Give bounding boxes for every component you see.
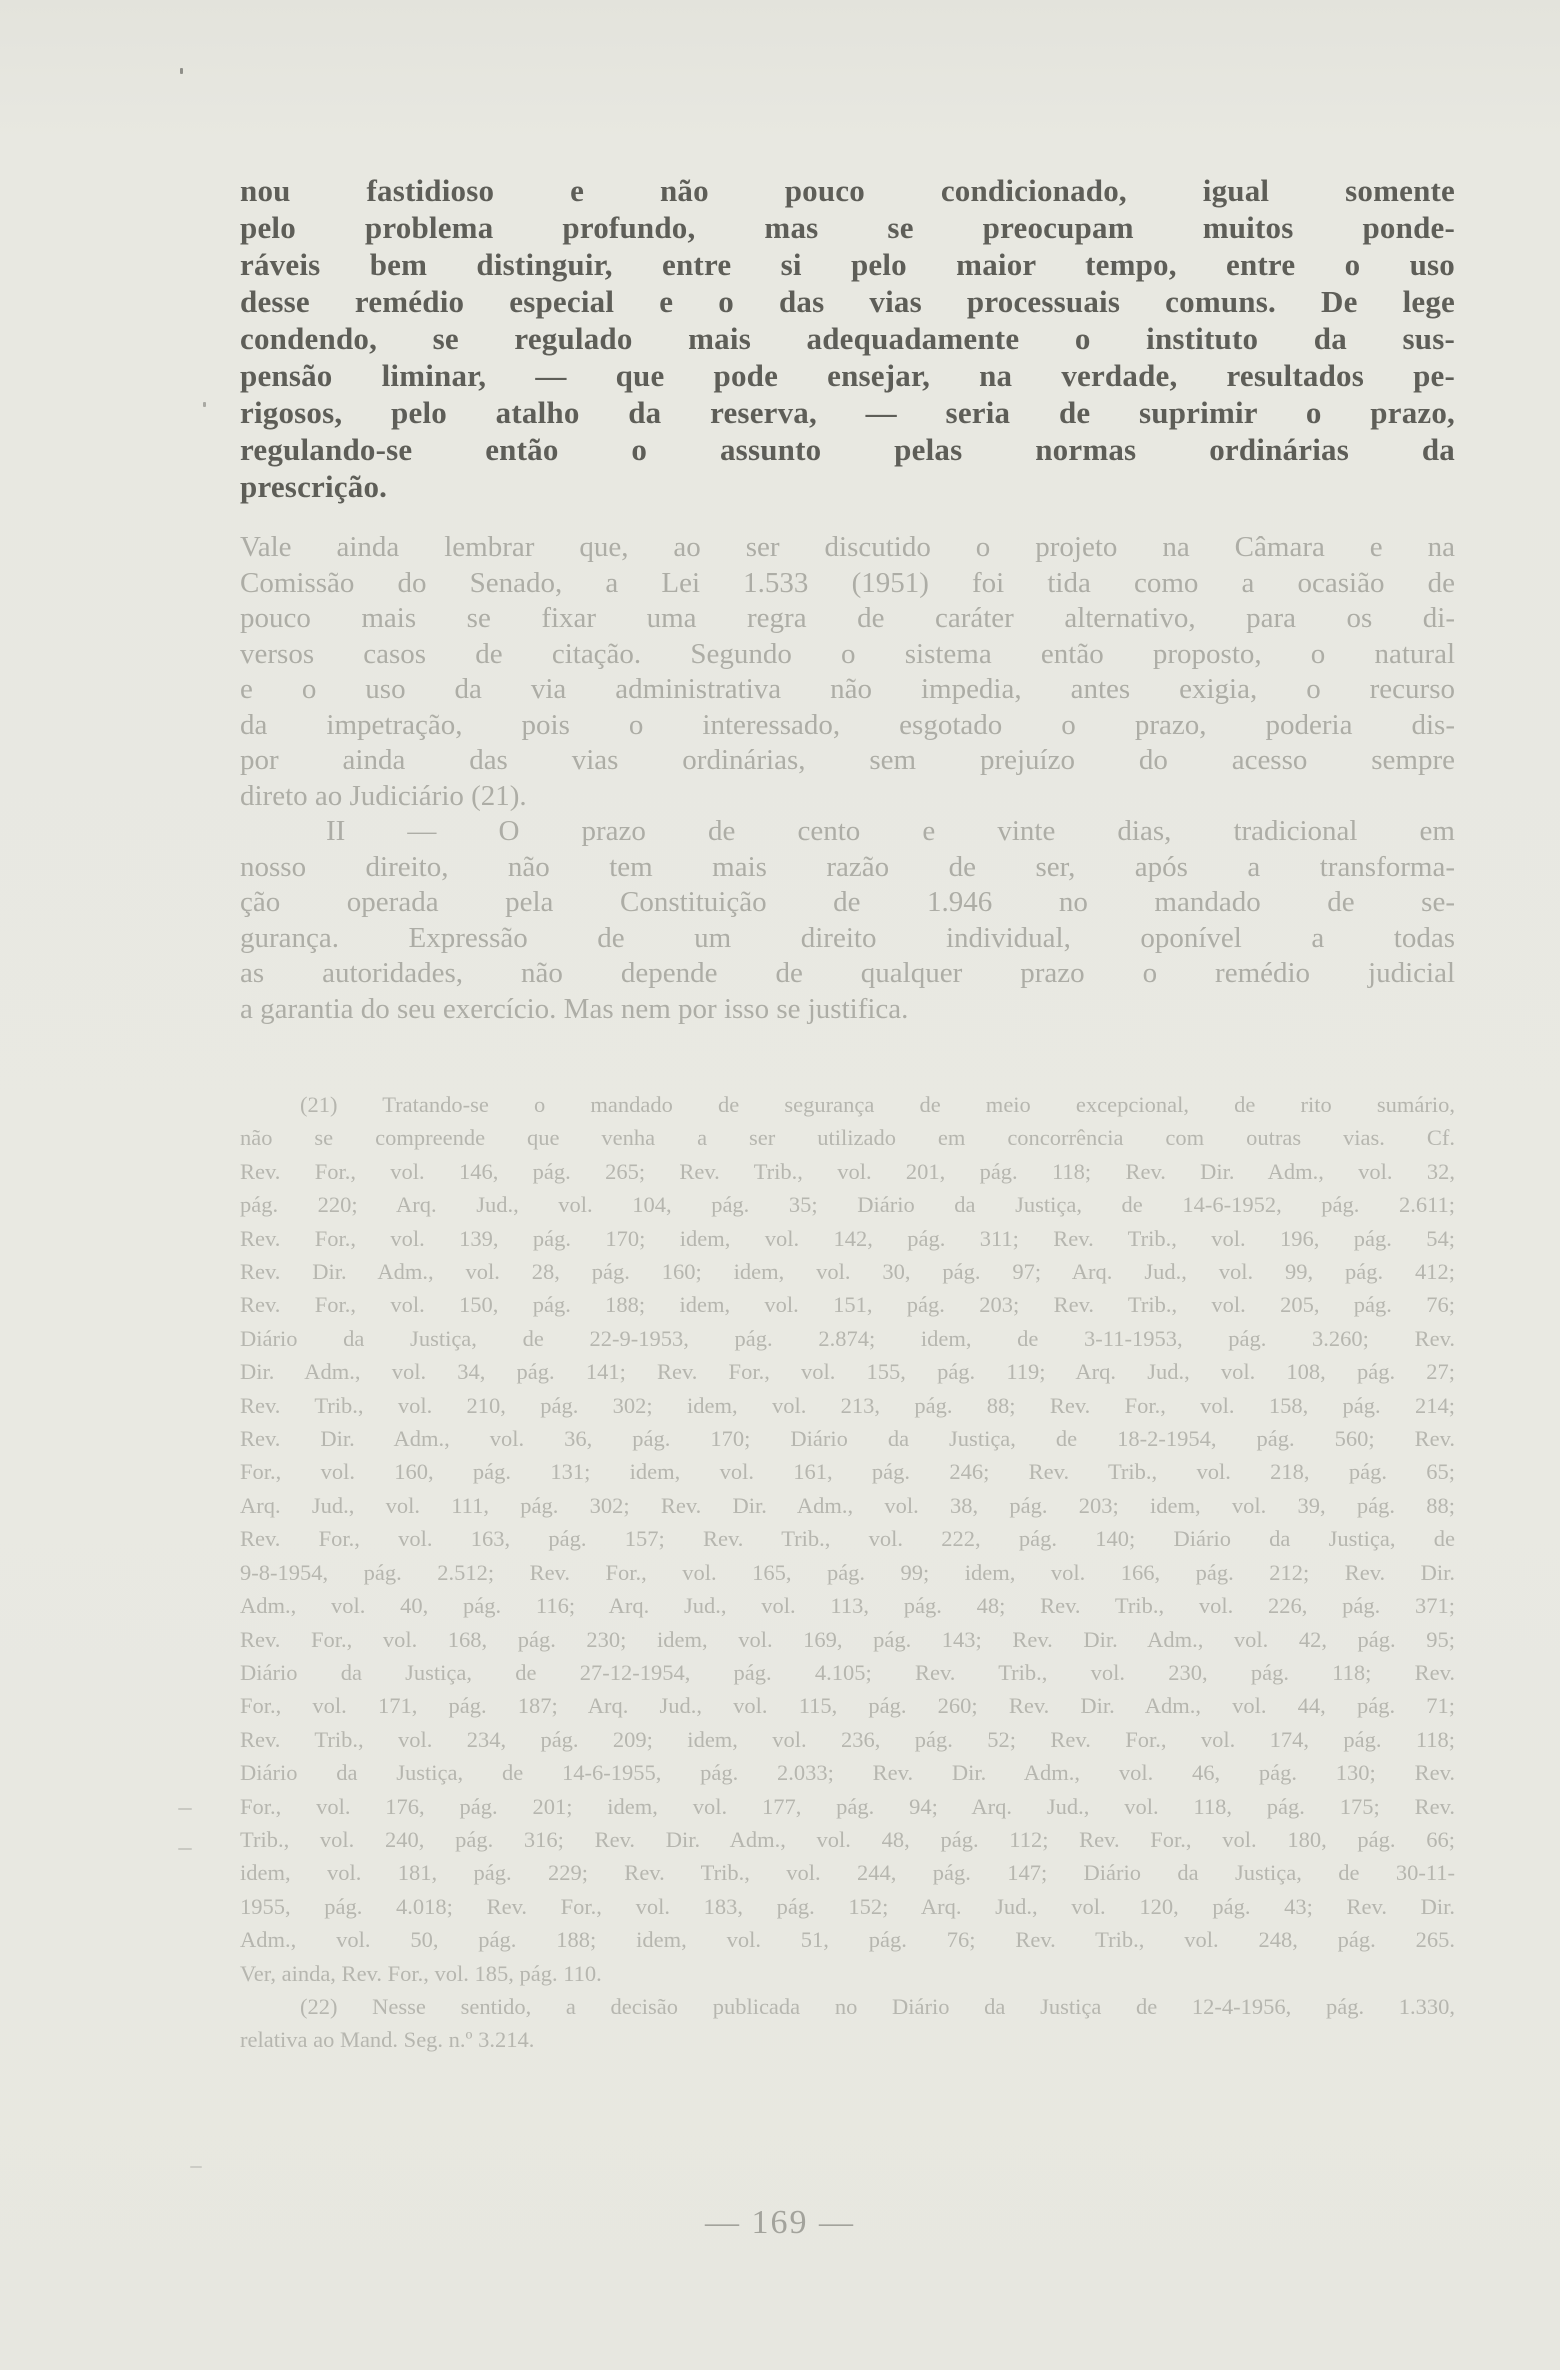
text-line: direto ao Judiciário (21).	[240, 779, 1455, 815]
text-line: relativa ao Mand. Seg. n.º 3.214.	[240, 2023, 1455, 2056]
text-line: II — O prazo de cento e vinte dias, trad…	[240, 814, 1455, 850]
text-line: não se compreende que venha a ser utiliz…	[240, 1121, 1455, 1154]
text-line: Vale ainda lembrar que, ao ser discutido…	[240, 530, 1455, 566]
footnotes: (21) Tratando-se o mandado de segurança …	[240, 1088, 1455, 2057]
text-line: Rev. Dir. Adm., vol. 28, pág. 160; idem,…	[240, 1255, 1455, 1288]
text-line: Dir. Adm., vol. 34, pág. 141; Rev. For.,…	[240, 1355, 1455, 1388]
paragraph: (22) Nesse sentido, a decisão publicada …	[240, 1990, 1455, 2057]
text-line: condendo, se regulado mais adequadamente…	[240, 320, 1455, 357]
text-line: versos casos de citação. Segundo o siste…	[240, 637, 1455, 673]
text-line: desse remédio especial e o das vias proc…	[240, 283, 1455, 320]
text-line: Rev. For., vol. 168, pág. 230; idem, vol…	[240, 1623, 1455, 1656]
paragraph: (21) Tratando-se o mandado de segurança …	[240, 1088, 1455, 1990]
text-line: Diário da Justiça, de 22-9-1953, pág. 2.…	[240, 1322, 1455, 1355]
text-line: Comissão do Senado, a Lei 1.533 (1951) f…	[240, 566, 1455, 602]
text-line: Arq. Jud., vol. 111, pág. 302; Rev. Dir.…	[240, 1489, 1455, 1522]
scan-speck	[203, 402, 206, 407]
text-line: Rev. Dir. Adm., vol. 36, pág. 170; Diári…	[240, 1422, 1455, 1455]
text-line: ção operada pela Constituição de 1.946 n…	[240, 885, 1455, 921]
scan-speck	[180, 68, 183, 74]
text-line: as autoridades, não depende de qualquer …	[240, 956, 1455, 992]
paragraph: II — O prazo de cento e vinte dias, trad…	[240, 814, 1455, 1027]
text-line: Rev. For., vol. 139, pág. 170; idem, vol…	[240, 1222, 1455, 1255]
text-line: 9-8-1954, pág. 2.512; Rev. For., vol. 16…	[240, 1556, 1455, 1589]
text-line: For., vol. 176, pág. 201; idem, vol. 177…	[240, 1790, 1455, 1823]
text-line: prescrição.	[240, 468, 1455, 505]
text-line: ráveis bem distinguir, entre si pelo mai…	[240, 246, 1455, 283]
margin-mark	[178, 1808, 192, 1810]
text-line: idem, vol. 181, pág. 229; Rev. Trib., vo…	[240, 1856, 1455, 1889]
text-line: Adm., vol. 40, pág. 116; Arq. Jud., vol.…	[240, 1589, 1455, 1622]
text-line: a garantia do seu exercício. Mas nem por…	[240, 992, 1455, 1028]
text-line: regulando-se então o assunto pelas norma…	[240, 431, 1455, 468]
text-line: 1955, pág. 4.018; Rev. For., vol. 183, p…	[240, 1890, 1455, 1923]
continued-paragraph: nou fastidioso e não pouco condicionado,…	[240, 172, 1455, 505]
text-line: Rev. For., vol. 163, pág. 157; Rev. Trib…	[240, 1522, 1455, 1555]
text-line: Adm., vol. 50, pág. 188; idem, vol. 51, …	[240, 1923, 1455, 1956]
text-line: pelo problema profundo, mas se preocupam…	[240, 209, 1455, 246]
text-line: nou fastidioso e não pouco condicionado,…	[240, 172, 1455, 209]
text-line: Ver, ainda, Rev. For., vol. 185, pág. 11…	[240, 1957, 1455, 1990]
text-line: (22) Nesse sentido, a decisão publicada …	[240, 1990, 1455, 2023]
text-line: pág. 220; Arq. Jud., vol. 104, pág. 35; …	[240, 1188, 1455, 1221]
text-line: e o uso da via administrativa não impedi…	[240, 672, 1455, 708]
text-line: Trib., vol. 240, pág. 316; Rev. Dir. Adm…	[240, 1823, 1455, 1856]
text-line: Rev. For., vol. 150, pág. 188; idem, vol…	[240, 1288, 1455, 1321]
text-line: gurança. Expressão de um direito individ…	[240, 921, 1455, 957]
text-line: rigosos, pelo atalho da reserva, — seria…	[240, 394, 1455, 431]
text-line: Rev. Trib., vol. 210, pág. 302; idem, vo…	[240, 1389, 1455, 1422]
text-line: nosso direito, não tem mais razão de ser…	[240, 850, 1455, 886]
text-line: Diário da Justiça, de 27-12-1954, pág. 4…	[240, 1656, 1455, 1689]
text-line: Rev. Trib., vol. 234, pág. 209; idem, vo…	[240, 1723, 1455, 1756]
text-line: da impetração, pois o interessado, esgot…	[240, 708, 1455, 744]
body-text: Vale ainda lembrar que, ao ser discutido…	[240, 530, 1455, 1027]
text-line: por ainda das vias ordinárias, sem preju…	[240, 743, 1455, 779]
margin-mark	[178, 1848, 192, 1850]
text-line: pensão liminar, — que pode ensejar, na v…	[240, 357, 1455, 394]
text-line: Diário da Justiça, de 14-6-1955, pág. 2.…	[240, 1756, 1455, 1789]
text-line: For., vol. 160, pág. 131; idem, vol. 161…	[240, 1455, 1455, 1488]
page-number: — 169 —	[0, 2204, 1560, 2242]
text-line: (21) Tratando-se o mandado de segurança …	[240, 1088, 1455, 1121]
text-line: For., vol. 171, pág. 187; Arq. Jud., vol…	[240, 1689, 1455, 1722]
text-line: pouco mais se fixar uma regra de caráter…	[240, 601, 1455, 637]
paragraph: Vale ainda lembrar que, ao ser discutido…	[240, 530, 1455, 814]
margin-mark	[190, 2166, 202, 2168]
paragraph: nou fastidioso e não pouco condicionado,…	[240, 172, 1455, 505]
text-line: Rev. For., vol. 146, pág. 265; Rev. Trib…	[240, 1155, 1455, 1188]
